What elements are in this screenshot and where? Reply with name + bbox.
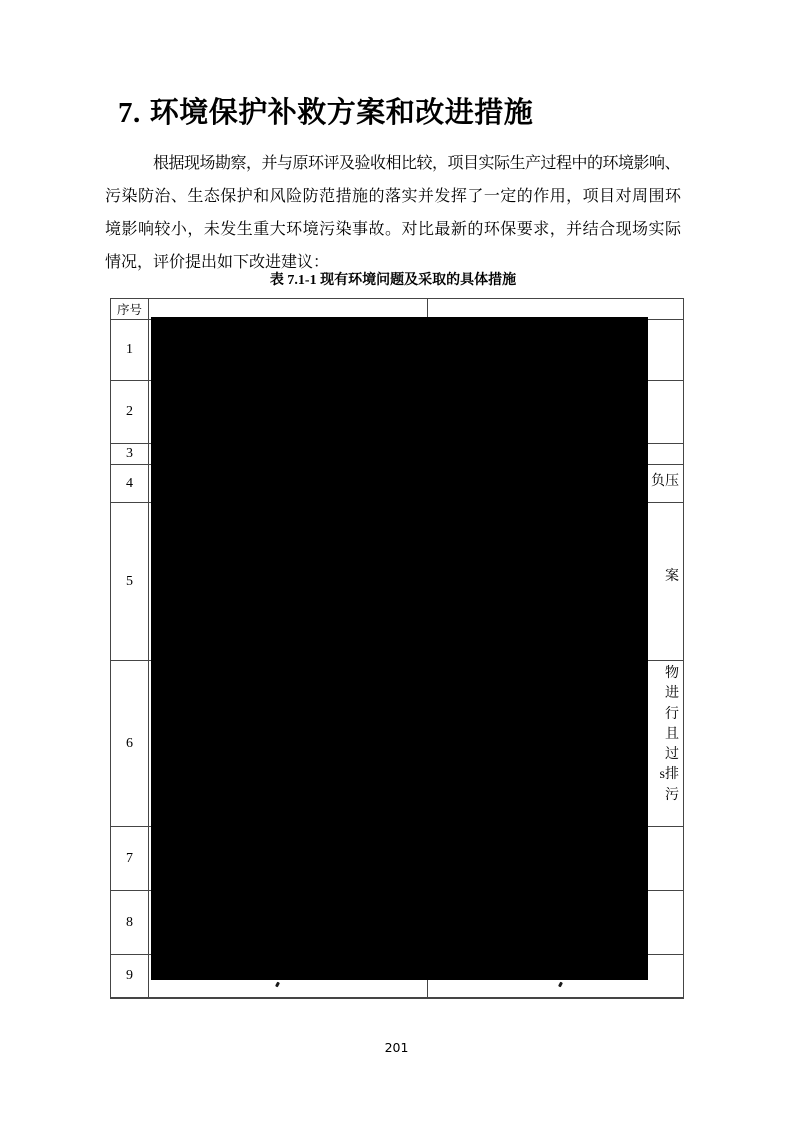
- redaction-overlay: [151, 317, 648, 980]
- row-index-cell: 4: [111, 465, 149, 502]
- paragraph-line: 境影响较小，未发生重大环境污染事故。对比最新的环保要求，并结合现场实际: [105, 213, 681, 246]
- row-index-cell: 8: [111, 891, 149, 954]
- fragment-line: 过: [648, 745, 679, 765]
- row-index-cell: 7: [111, 827, 149, 890]
- document-page: 7.环境保护补救方案和改进措施 根据现场勘察，并与原环评及验收相比较，项目实际生…: [0, 0, 793, 1122]
- heading-number: 7.: [118, 97, 141, 129]
- visible-text-fragment-row4: 负压: [648, 473, 682, 491]
- body-paragraph: 根据现场勘察，并与原环评及验收相比较，项目实际生产过程中的环境影响、 污染防治、…: [105, 147, 681, 279]
- fragment-line: 行: [648, 705, 679, 725]
- page-number: 201: [0, 1040, 793, 1055]
- paragraph-line: 污染防治、生态保护和风险防范措施的落实并发挥了一定的作用，项目对周围环: [105, 180, 681, 213]
- row-index-cell: 1: [111, 320, 149, 380]
- header-cell-measure: [428, 299, 683, 319]
- header-cell-index: 序号: [111, 299, 149, 319]
- paragraph-line: 根据现场勘察，并与原环评及验收相比较，项目实际生产过程中的环境影响、: [105, 147, 681, 180]
- visible-text-fragment-stack-row6: 物 进 行 且 过 s排 污: [648, 664, 682, 806]
- visible-text-fragment-row5: 案: [648, 568, 682, 586]
- row-index-cell: 2: [111, 381, 149, 443]
- row-index-cell: 9: [111, 955, 149, 997]
- fragment-line: 进: [648, 684, 679, 704]
- header-cell-problem: [149, 299, 428, 319]
- heading-text: 环境保护补救方案和改进措施: [150, 97, 534, 129]
- row-index-cell: 3: [111, 444, 149, 464]
- fragment-line: 且: [648, 725, 679, 745]
- fragment-line: s排: [648, 765, 679, 785]
- row-index-cell: 5: [111, 503, 149, 660]
- page-title: 7.环境保护补救方案和改进措施: [118, 96, 533, 130]
- row-index-cell: 6: [111, 661, 149, 826]
- table-caption: 表 7.1-1 现有环境问题及采取的具体措施: [105, 272, 681, 290]
- data-table: 序号 1 2 3 4 5 6: [110, 298, 684, 999]
- fragment-line: 污: [648, 786, 679, 806]
- fragment-line: 物: [648, 664, 679, 684]
